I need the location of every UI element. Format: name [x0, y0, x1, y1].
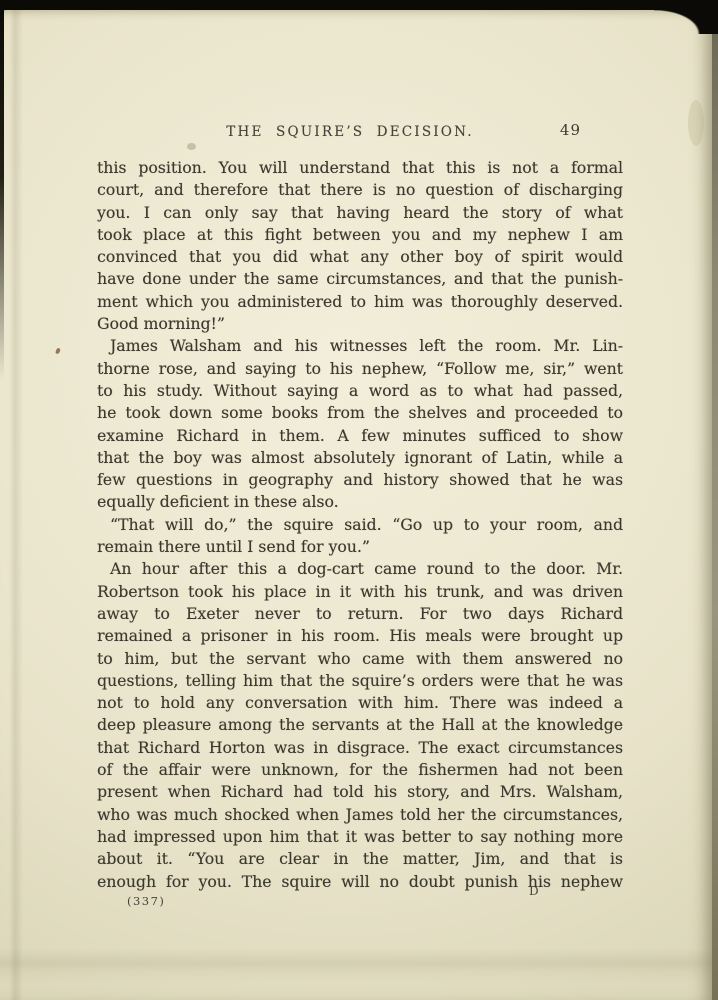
- text-line: Good morning!”: [97, 313, 623, 335]
- text-line: took place at this fight between you and…: [97, 224, 623, 246]
- text-line: to him, but the servant who came with th…: [97, 648, 623, 670]
- scanned-book-page: THE SQUIRE’S DECISION. 49 this position.…: [0, 0, 718, 1000]
- text-line: you. I can only say that having heard th…: [97, 202, 623, 224]
- body-text: this position. You will understand that …: [97, 157, 623, 893]
- running-title: THE SQUIRE’S DECISION.: [87, 124, 613, 140]
- text-line: not to hold any conversation with him. T…: [97, 692, 623, 714]
- text-line: An hour after this a dog-cart came round…: [97, 558, 623, 580]
- printer-signature-number: (337): [127, 894, 165, 908]
- text-line: about it. “You are clear in the matter, …: [97, 848, 623, 870]
- page-corner-shadow: [654, 0, 718, 34]
- text-line: enough for you. The squire will no doubt…: [97, 871, 623, 893]
- text-line: few questions in geography and history s…: [97, 469, 623, 491]
- text-line: he took down some books from the shelves…: [97, 402, 623, 424]
- text-line: have done under the same circumstances, …: [97, 268, 623, 290]
- paper-speck: [187, 143, 196, 150]
- page-block-edge: [712, 34, 718, 1000]
- text-line: questions, telling him that the squire’s…: [97, 670, 623, 692]
- page-number: 49: [560, 121, 581, 139]
- printer-signature-letter: D: [529, 884, 539, 898]
- text-line: who was much shocked when James told her…: [97, 804, 623, 826]
- page-curl-shadow: [0, 948, 712, 982]
- text-line: away to Exeter never to return. For two …: [97, 603, 623, 625]
- gutter-edge: [0, 10, 4, 380]
- text-line: convinced that you did what any other bo…: [97, 246, 623, 268]
- text-line: remained a prisoner in his room. His mea…: [97, 625, 623, 647]
- text-line: deep pleasure among the servants at the …: [97, 714, 623, 736]
- text-line: thorne rose, and saying to his nephew, “…: [97, 358, 623, 380]
- page-crease: [9, 10, 23, 1000]
- text-line: equally deficient in these also.: [97, 491, 623, 513]
- text-line: Robertson took his place in it with his …: [97, 581, 623, 603]
- paper-stain: [688, 100, 704, 146]
- text-line: present when Richard had told his story,…: [97, 781, 623, 803]
- text-line: “That will do,” the squire said. “Go up …: [97, 514, 623, 536]
- text-line: James Walsham and his witnesses left the…: [97, 335, 623, 357]
- text-line: to his study. Without saying a word as t…: [97, 380, 623, 402]
- text-line: that the boy was almost absolutely ignor…: [97, 447, 623, 469]
- text-line: ment which you administered to him was t…: [97, 291, 623, 313]
- text-line: of the affair were unknown, for the fish…: [97, 759, 623, 781]
- text-line: that Richard Horton was in disgrace. The…: [97, 737, 623, 759]
- text-line: examine Richard in them. A few minutes s…: [97, 425, 623, 447]
- text-line: remain there until I send for you.”: [97, 536, 623, 558]
- text-line: had impressed upon him that it was bette…: [97, 826, 623, 848]
- text-line: court, and therefore that there is no qu…: [97, 179, 623, 201]
- text-line: this position. You will understand that …: [97, 157, 623, 179]
